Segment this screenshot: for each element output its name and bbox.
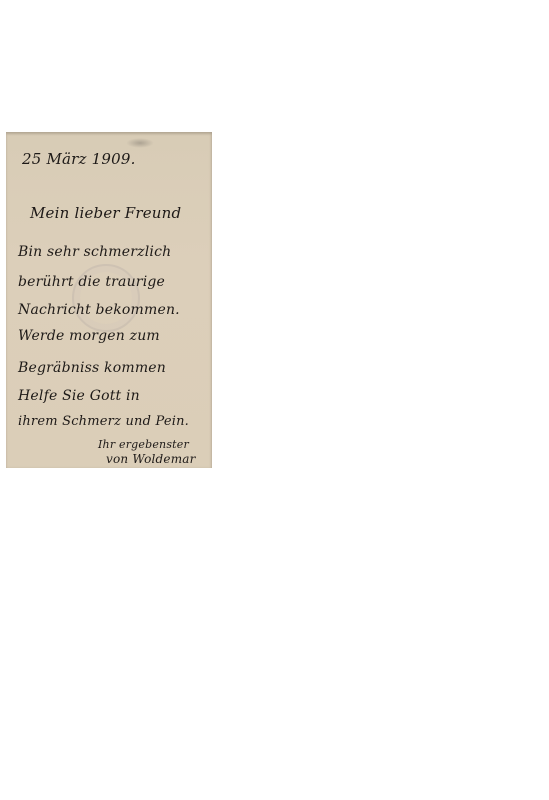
letter-date: 25 März 1909. <box>22 150 136 168</box>
letter-closing: Ihr ergebenster <box>98 438 189 451</box>
letter-body-line: Nachricht bekommen. <box>18 302 180 318</box>
letter-body-line: Helfe Sie Gott in <box>18 388 140 404</box>
handwritten-card: 25 März 1909. Mein lieber Freund Bin seh… <box>6 132 212 468</box>
letter-body-line: ihrem Schmerz und Pein. <box>18 414 189 429</box>
letter-body-line: Werde morgen zum <box>18 328 160 344</box>
letter-body-line: Begräbniss kommen <box>18 360 166 376</box>
letter-greeting: Mein lieber Freund <box>30 204 181 222</box>
letter-body-line: berührt die traurige <box>18 274 165 290</box>
letter-body-line: Bin sehr schmerzlich <box>18 244 171 260</box>
letter-signature: von Woldemar <box>106 452 196 466</box>
ink-smudge <box>126 138 154 148</box>
